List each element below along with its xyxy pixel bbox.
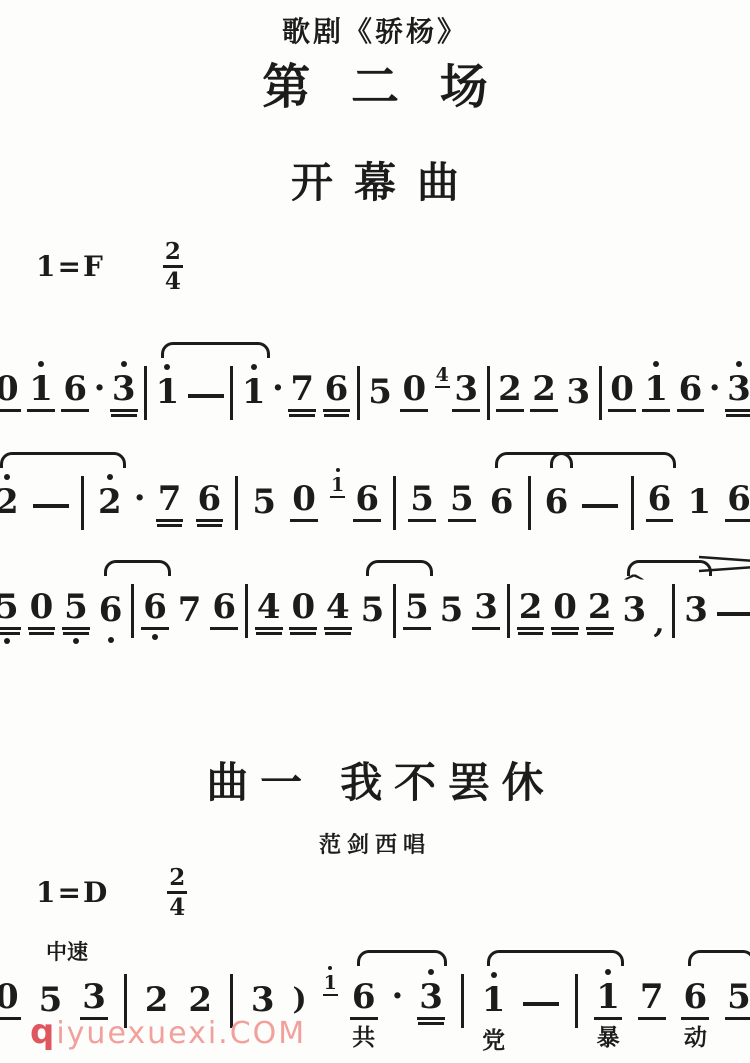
- note: 7: [176, 593, 204, 630]
- slur-arc: [357, 950, 447, 966]
- note: 6共: [350, 980, 378, 1020]
- note: 0: [551, 590, 579, 630]
- barline: [357, 366, 360, 420]
- held-note-dash: [523, 1002, 559, 1006]
- note: 0: [0, 980, 21, 1020]
- slur-arc: [104, 560, 171, 576]
- lyric: 共: [352, 1026, 375, 1049]
- note: 5: [62, 590, 90, 630]
- note: 1暴: [594, 980, 622, 1020]
- note: 1: [642, 372, 670, 412]
- sheet-music-page: 歌剧《骄杨》 第二场 开幕曲 1=F 2 4 016·311·765043223…: [0, 0, 750, 1063]
- held-note-dash: [188, 394, 224, 398]
- note: 5: [448, 482, 476, 522]
- note: 6: [141, 590, 169, 630]
- note: 5: [0, 590, 21, 630]
- octave-dot-above: [121, 361, 127, 367]
- note: 2: [517, 590, 545, 630]
- breath: ,: [653, 608, 668, 639]
- note: 0: [290, 482, 318, 522]
- note: 6: [61, 372, 89, 412]
- octave-dot-below: [108, 637, 114, 643]
- note: 0: [400, 372, 428, 412]
- octave-dot-above: [605, 969, 611, 975]
- octave-dot-above: [428, 969, 434, 975]
- note: 5: [408, 482, 436, 522]
- note: 6: [353, 482, 381, 522]
- dotsep: ·: [94, 371, 106, 405]
- note: 2: [496, 372, 524, 412]
- grace: 1: [330, 476, 345, 498]
- dotsep: ·: [272, 371, 284, 405]
- barline: [487, 366, 490, 420]
- note: 7: [288, 372, 316, 412]
- scene-title: 第二场: [0, 48, 750, 117]
- note: 6: [677, 372, 705, 412]
- barline: [461, 974, 464, 1028]
- paren: ): [293, 985, 307, 1015]
- note: 7: [638, 980, 666, 1020]
- music-line-3: 505667640455532023^,3: [0, 554, 750, 630]
- note: 3: [725, 372, 750, 412]
- note: 6: [97, 593, 125, 630]
- octave-dot-below: [152, 634, 158, 640]
- note: 2: [586, 590, 614, 630]
- lyric: 党: [482, 1029, 505, 1052]
- barline: [507, 584, 510, 638]
- note: 6: [323, 372, 351, 412]
- slur-arc: [161, 342, 270, 358]
- barline: [575, 974, 578, 1028]
- octave-dot-above: [736, 361, 742, 367]
- barline: [235, 476, 238, 530]
- note: 3: [110, 372, 138, 412]
- time-signature: 2 4: [167, 866, 187, 919]
- held-note-dash: [717, 612, 750, 616]
- note: 2: [530, 372, 558, 412]
- octave-dot-above: [491, 972, 497, 978]
- slur-arc: [688, 950, 750, 966]
- note: 5: [438, 593, 466, 630]
- dotsep: ·: [134, 481, 146, 515]
- slur-arc: [0, 452, 126, 468]
- octave-dot-below: [73, 638, 79, 644]
- barline: [631, 476, 634, 530]
- note: 6: [725, 482, 750, 522]
- overture-key-signature: 1=F 2 4: [36, 240, 183, 293]
- note: 4: [324, 590, 352, 630]
- note: 2: [96, 485, 124, 522]
- slur-arc: [487, 950, 624, 966]
- note: 3: [472, 590, 500, 630]
- key-label: 1=D: [36, 876, 109, 909]
- octave-dot-above: [4, 474, 10, 480]
- music-line-2: 22·7650165566616: [0, 446, 750, 522]
- note: 1: [240, 375, 268, 412]
- note: 6动: [681, 980, 709, 1020]
- meter-numerator: 2: [165, 240, 181, 263]
- note: 1党: [480, 983, 508, 1020]
- singer-credit: 范剑西唱: [0, 828, 750, 859]
- barline: [81, 476, 84, 530]
- grace: 4: [435, 366, 450, 388]
- meter-numerator: 2: [169, 866, 185, 889]
- octave-dot-above: [328, 966, 332, 970]
- note: 6: [196, 482, 224, 522]
- barline: [672, 584, 675, 638]
- barline: [245, 584, 248, 638]
- token-row: 016·311·765043223016·3: [0, 366, 750, 412]
- barline: [599, 366, 602, 420]
- note: 1: [154, 375, 182, 412]
- octave-dot-above: [107, 474, 113, 480]
- note: 6: [210, 590, 238, 630]
- barline: [393, 476, 396, 530]
- note: 5: [366, 375, 394, 412]
- grace: 1: [323, 974, 338, 996]
- decrescendo-hairpin: [699, 556, 750, 572]
- note: 3^: [620, 593, 648, 630]
- meter-denominator: 4: [165, 270, 181, 293]
- barline: [528, 476, 531, 530]
- token-row: 505667640455532023^,3: [0, 584, 750, 630]
- note: 6: [646, 482, 674, 522]
- song-key-signature: 1=D 2 4: [36, 866, 187, 919]
- note: 5: [250, 485, 278, 522]
- dotsep: ·: [709, 371, 721, 405]
- octave-dot-above: [336, 468, 340, 472]
- lyric: 暴: [597, 1026, 620, 1049]
- note: 0: [0, 372, 21, 412]
- note: 3: [417, 980, 445, 1020]
- note: 7: [156, 482, 184, 522]
- barline: [144, 366, 147, 420]
- octave-dot-above: [653, 361, 659, 367]
- slur-arc: [550, 452, 676, 468]
- note: 3: [452, 372, 480, 412]
- note: 5: [359, 593, 387, 630]
- key-label: 1=F: [36, 250, 105, 283]
- barline: [230, 366, 233, 420]
- held-note-dash: [582, 504, 618, 508]
- token-row: 22·7650165566616: [0, 476, 750, 522]
- note: 5: [403, 590, 431, 630]
- note: 5: [725, 980, 750, 1020]
- song-title: 曲一 我不罢休: [0, 750, 750, 810]
- time-signature: 2 4: [163, 240, 183, 293]
- held-note-dash: [33, 504, 69, 508]
- note: 6: [488, 485, 516, 522]
- music-line-4: 053223)16共·31党1暴76动5: [0, 944, 750, 1020]
- note: 1: [27, 372, 55, 412]
- note: 1: [685, 485, 713, 522]
- note: 4: [255, 590, 283, 630]
- octave-dot-above: [164, 364, 170, 370]
- barline: [393, 584, 396, 638]
- music-line-1: 016·311·765043223016·3: [0, 336, 750, 412]
- note: 3: [564, 375, 592, 412]
- lyric: 动: [684, 1026, 707, 1049]
- octave-dot-below: [4, 638, 10, 644]
- barline: [131, 584, 134, 638]
- note: 0: [289, 590, 317, 630]
- note: 3: [682, 593, 710, 630]
- octave-dot-above: [38, 361, 44, 367]
- dotsep: ·: [391, 979, 403, 1013]
- note: 0: [28, 590, 56, 630]
- note: 0: [608, 372, 636, 412]
- octave-dot-above: [251, 364, 257, 370]
- slur-arc: [366, 560, 433, 576]
- meter-denominator: 4: [169, 896, 185, 919]
- note: 6: [543, 485, 571, 522]
- note: 2: [0, 485, 21, 522]
- opera-title: 歌剧《骄杨》: [0, 10, 750, 50]
- watermark: qiyuexuexi.COM: [30, 1012, 306, 1052]
- overture-title: 开幕曲: [0, 150, 750, 210]
